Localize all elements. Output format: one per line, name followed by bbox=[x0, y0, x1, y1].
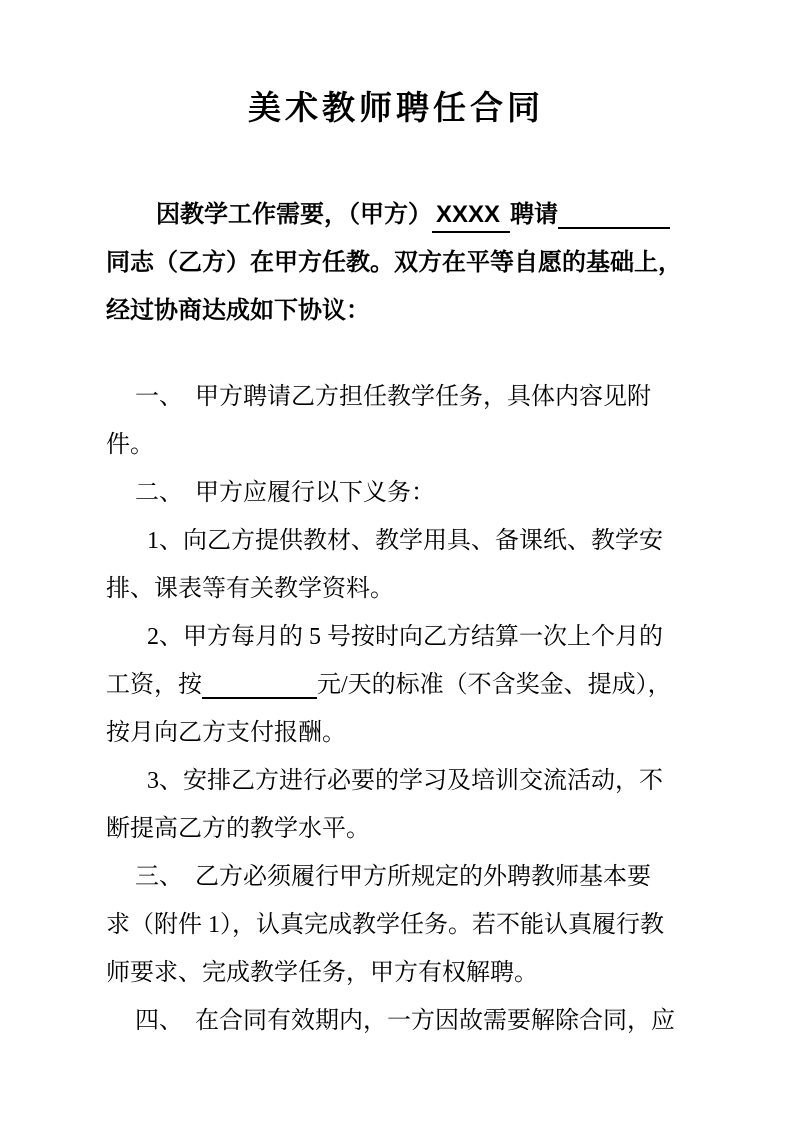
wage-line-after-blank: 元/天的标准（不含奖金、提成）， bbox=[317, 672, 672, 698]
intro-line-2: 同志（乙方）在甲方任教。双方在平等自愿的基础上， bbox=[106, 239, 686, 287]
clause-3-line-2: 求（附件 1），认真完成教学任务。若不能认真履行教 bbox=[106, 901, 686, 949]
clause-4-line-1: 四、 在合同有效期内，一方因故需要解除合同，应 bbox=[106, 997, 686, 1045]
clause-2-heading: 二、 甲方应履行以下义务： bbox=[106, 469, 686, 517]
document-title: 美术教师聘任合同 bbox=[106, 86, 686, 130]
clause-2-item-1-line-2: 排、课表等有关教学资料。 bbox=[106, 565, 686, 613]
daily-wage-blank bbox=[202, 663, 317, 699]
intro-line-1: 因教学工作需要，（甲方）XXXX聘请 bbox=[106, 191, 686, 239]
clause-2-item-3-line-2: 断提高乙方的教学水平。 bbox=[106, 805, 686, 853]
clause-3-line-1: 三、 乙方必须履行甲方所规定的外聘教师基本要 bbox=[106, 853, 686, 901]
clause-1-line-1: 一、 甲方聘请乙方担任教学任务，具体内容见附 bbox=[106, 373, 686, 421]
intro-line-3: 经过协商达成如下协议： bbox=[106, 287, 686, 335]
clauses-section: 一、 甲方聘请乙方担任教学任务，具体内容见附 件。 二、 甲方应履行以下义务： … bbox=[106, 373, 686, 1045]
clause-2-item-2-line-2: 工资，按元/天的标准（不含奖金、提成）， bbox=[106, 661, 686, 709]
intro-line-1-text: 因教学工作需要，（甲方） bbox=[156, 201, 432, 228]
intro-paragraph: 因教学工作需要，（甲方）XXXX聘请 同志（乙方）在甲方任教。双方在平等自愿的基… bbox=[106, 191, 686, 335]
clause-3-line-3: 师要求、完成教学任务，甲方有权解聘。 bbox=[106, 949, 686, 997]
clause-2-item-3-line-1: 3、安排乙方进行必要的学习及培训交流活动，不 bbox=[106, 757, 686, 805]
clause-1-line-2: 件。 bbox=[106, 421, 686, 469]
clause-2-item-2-line-1: 2、甲方每月的 5 号按时向乙方结算一次上个月的 bbox=[106, 613, 686, 661]
intro-line-1-hire-label: 聘请 bbox=[510, 201, 558, 228]
wage-line-before-blank: 工资，按 bbox=[106, 672, 202, 698]
clause-2-item-1-line-1: 1、向乙方提供教材、教学用具、备课纸、教学安 bbox=[106, 517, 686, 565]
document-page: 美术教师聘任合同 因教学工作需要，（甲方）XXXX聘请 同志（乙方）在甲方任教。… bbox=[0, 0, 793, 1122]
clause-2-item-2-line-3: 按月向乙方支付报酬。 bbox=[106, 709, 686, 757]
party-a-name-value: XXXX bbox=[432, 201, 510, 233]
employee-name-blank bbox=[558, 193, 670, 229]
